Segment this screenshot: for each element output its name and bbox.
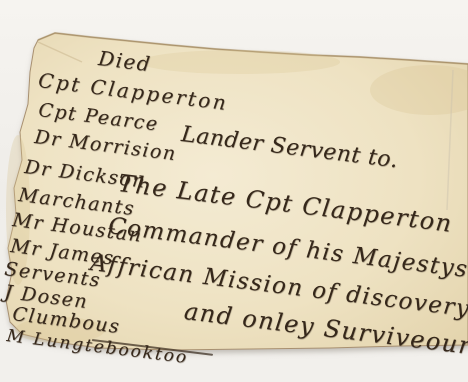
paper-stain	[140, 50, 340, 74]
manuscript-photo: Died Cpt Clapperton Cpt Pearce Dr Morris…	[0, 0, 468, 382]
